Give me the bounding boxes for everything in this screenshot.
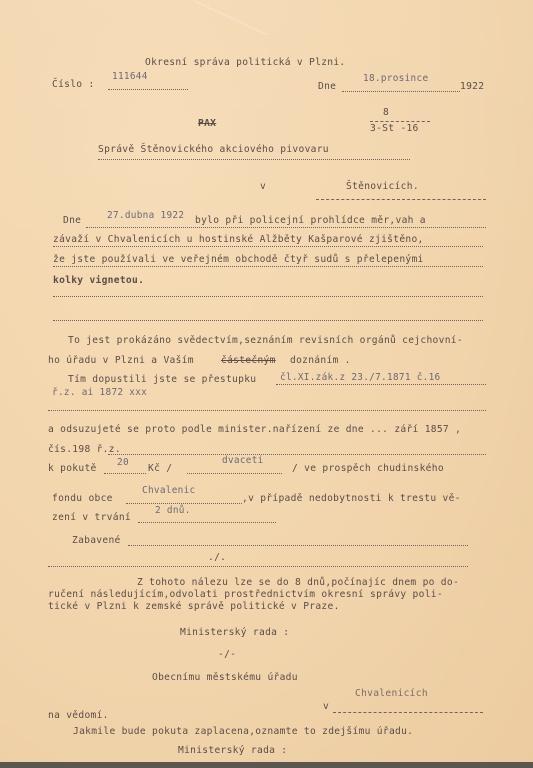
appeal-line1: Z tohoto nálezu lze se do 8 dnů,počínají… [137, 577, 459, 589]
signature1-title: Ministerský rada : [180, 627, 289, 639]
signature2-title: Ministerský rada : [178, 745, 287, 757]
body-line1-text: bylo při policejní prohlídce měr,vah a [195, 215, 426, 227]
proof-line2-a: ho úřadu v Plzni a Vaším [48, 355, 194, 367]
addressee-name: Správě Štěnovického akciového pivovaru [98, 144, 329, 156]
copy-place-line [333, 712, 483, 713]
prison-days: 2 dnů. [155, 505, 191, 517]
scan-bottom-edge [0, 762, 533, 768]
number-dotted-line [108, 89, 188, 90]
copy-note: na vědomí. [48, 710, 109, 722]
proof-line1: To jest prokázáno svědectvím,seznáním re… [68, 335, 463, 347]
fine-suffix: / ve prospěch chudinského [292, 463, 444, 475]
body-line1-dots [86, 227, 486, 228]
prison-prefix: zení v trvání [52, 512, 131, 524]
date-year: 1922 [460, 81, 484, 93]
body-line3-dots [53, 266, 483, 267]
fund-town-dots [126, 503, 242, 504]
offense-prefix: Tím dopustili jste se přestupku [68, 374, 256, 386]
fund-suffix: ,v případě nedobytnosti k trestu vě- [242, 493, 461, 505]
file-ref-divider [370, 121, 430, 122]
addressee-place-line [316, 199, 486, 200]
authority-heading: Okresní správa politická v Plzni. [145, 57, 346, 69]
addressee-in-label: v [260, 181, 266, 193]
date-value: 18.prosince [363, 73, 428, 85]
offense-dots [48, 410, 486, 411]
number-label: Číslo : [52, 79, 95, 91]
fund-prefix: fondu obce [52, 493, 113, 505]
body-line2: závaží v Chvalenicích u hostinské Alžbět… [53, 234, 424, 246]
fine-words: dvaceti [222, 455, 264, 467]
body-line4: kolky vignetou. [53, 275, 144, 287]
fine-words-dots [187, 473, 282, 474]
offense-ref: čl.XI.zák.z 23./7.1871 č.16 [280, 372, 441, 384]
sentence-dots [108, 454, 486, 455]
sentence-line1: a odsuzujeté se proto podle minister.nař… [48, 424, 461, 436]
separator-mark: ./. [208, 552, 226, 564]
copy-place: Chvalenicích [355, 688, 428, 700]
appeal-line2: ručení následujícím,odvolati prostřednic… [48, 589, 443, 601]
prison-dots [138, 522, 276, 523]
fund-town: Chvalenic [142, 485, 196, 497]
body-line3: že jste používali ve veřejném obchodě čt… [53, 254, 424, 266]
body-line1-date: 27.dubna 1922 [107, 210, 184, 222]
offense-ref2: ř.z. ai 1872 xxx [52, 387, 147, 399]
copy-recipient: Obecnímu městskému úřadu [152, 672, 298, 684]
confiscated-dots [128, 545, 468, 546]
number-value: 111644 [112, 71, 148, 83]
body-line1-prefix: Dne [63, 215, 81, 227]
appeal-line3: tické v Plzni k zemské správě politické … [48, 601, 340, 613]
struck-mark: PAX [198, 118, 216, 130]
confiscated-dots-2 [48, 566, 468, 567]
copy-in-label: v [323, 701, 329, 713]
file-ref-bottom: 3-St -16 [370, 123, 419, 135]
fine-currency: Kč / [148, 463, 172, 475]
file-ref-top: 8 [383, 107, 389, 119]
fine-amount-dots [104, 473, 146, 474]
offense-ref-dots [276, 384, 486, 385]
document-page: Okresní správa politická v Plzni. Číslo … [0, 0, 533, 768]
proof-line2-struck: částečným [221, 355, 276, 367]
fine-amount: 20 [117, 457, 129, 469]
date-dotted-line [342, 91, 460, 92]
copy-instruction: Jakmile bude pokuta zaplacena,oznamte to… [73, 726, 413, 738]
addressee-dotted-line [98, 159, 410, 160]
confiscated-label: Zabavené [72, 535, 121, 547]
body-line2-dots [53, 246, 483, 247]
fine-prefix: k pokutě [48, 463, 97, 475]
signature1-mark: -/- [218, 649, 236, 661]
date-label: Dne [318, 81, 336, 93]
proof-line2-b: doznáním . [290, 355, 351, 367]
body-line5-dots [53, 320, 483, 321]
paper-fold [194, 0, 267, 36]
addressee-place: Štěnovicích. [346, 181, 419, 193]
body-line4-dots [53, 296, 483, 297]
